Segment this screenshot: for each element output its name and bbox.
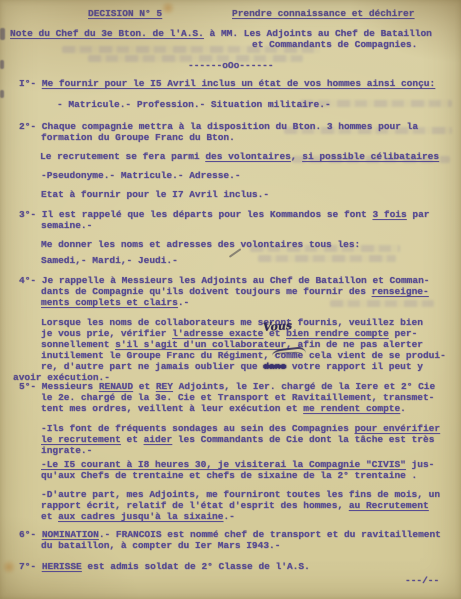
- separator: ------oOo------: [188, 60, 274, 71]
- item-2-line-2: formation du Groupe Franc du Bton.: [41, 132, 235, 143]
- item-5-line-2: le 2e. chargé de la 3e. Cie et Transport…: [41, 392, 434, 403]
- item-5-line-6: ingrate.-: [41, 445, 92, 456]
- item-4-line-4: Lorsque les noms de collaborateurs me se…: [41, 317, 423, 328]
- scanned-document-page: DECISION N° 5Prendre connaissance et déc…: [0, 0, 461, 599]
- item-2-line-5: Etat à fournir pour le I7 Avril inclus.-: [41, 189, 269, 200]
- item-4-line-7: inutilement le Groupe Franc du Régiment,…: [41, 350, 446, 361]
- item-5-line-1: 5°- Messieurs RENAUD et REY Adjoints, le…: [19, 381, 435, 392]
- note-line-2: et Commandants de Compagnies.: [252, 39, 417, 50]
- bleed-through: [330, 300, 434, 307]
- item-1: I°- Me fournir pour le I5 Avril inclus u…: [19, 78, 435, 89]
- paper-stain: [2, 560, 16, 574]
- item-5-line-11: et aux cadres jusqu'à la sixaine.-: [41, 511, 235, 522]
- ink-smudge: [0, 60, 4, 69]
- bleed-through: [258, 255, 396, 262]
- paper-stain: [160, 2, 176, 14]
- item-5-line-7: -Le I5 courant à I8 heures 30, je visite…: [41, 459, 434, 470]
- item-6-line-1: 6°- NOMINATION.- FRANCOIS est nommé chef…: [19, 529, 441, 540]
- item-2-line-3: Le recrutement se fera parmi des volonta…: [40, 151, 439, 162]
- item-1-detail: - Matricule.- Profession.- Situation mil…: [57, 99, 331, 110]
- doc-title: DECISION N° 5: [88, 8, 162, 19]
- item-5-line-8: qu'aux Chefs de trentaine et chefs de si…: [41, 470, 417, 481]
- item-3-line-3: Me donner les noms et adresses des volon…: [41, 239, 360, 250]
- item-5-line-9: -D'autre part, mes Adjoints, me fourniro…: [41, 489, 440, 500]
- handwritten-vous: Vous: [263, 319, 293, 334]
- note-line-1: Note du Chef du 3e Bton. de l'A.S. à MM.…: [10, 28, 432, 39]
- item-4-line-6: sonnellement s'il s'agit d'un collaborat…: [41, 339, 423, 350]
- item-4-line-8: re, d'autre part ne jamais oublier que d…: [41, 361, 423, 372]
- item-5-line-10: rapport écrit, relatif de l'état d'espri…: [41, 500, 429, 511]
- item-4-line-3: ments complets et clairs.-: [41, 297, 189, 308]
- ink-smudge: [0, 90, 4, 98]
- ink-smudge: [0, 28, 5, 40]
- item-4-line-2: dants de Compagnie qu'ils doivent toujou…: [41, 286, 429, 297]
- continuation-mark: ---/--: [405, 575, 439, 586]
- item-3-line-2: semaine.-: [41, 220, 92, 231]
- item-7: 7°- HERISSE est admis soldat de 2° Class…: [19, 561, 310, 572]
- item-2-line-1: 2°- Chaque compagnie mettra à la disposi…: [19, 121, 418, 132]
- item-3-line-4: Samedi,- Mardi,- Jeudi.-: [41, 255, 178, 266]
- item-3-line-1: 3°- Il est rappelé que les départs pour …: [19, 209, 430, 220]
- item-4-line-5: je vous prie, vérifier l'adresse exacte …: [41, 328, 417, 339]
- item-5-line-4: -Ils font de fréquents sondages au sein …: [41, 423, 440, 434]
- doc-directive: Prendre connaissance et déchirer: [232, 8, 414, 19]
- item-2-line-4: -Pseudonyme.- Matricule.- Adresse.-: [41, 170, 241, 181]
- item-6-line-2: du bataillon, à compter du Ier Mars I943…: [41, 540, 280, 551]
- item-5-line-5: le recrutement et aider les Commandants …: [41, 434, 434, 445]
- item-4-line-1: 4°- Je rappelle à Messieurs les Adjoints…: [19, 275, 429, 286]
- item-5-line-3: tent mes ordres, veillent à leur exécuti…: [41, 403, 406, 414]
